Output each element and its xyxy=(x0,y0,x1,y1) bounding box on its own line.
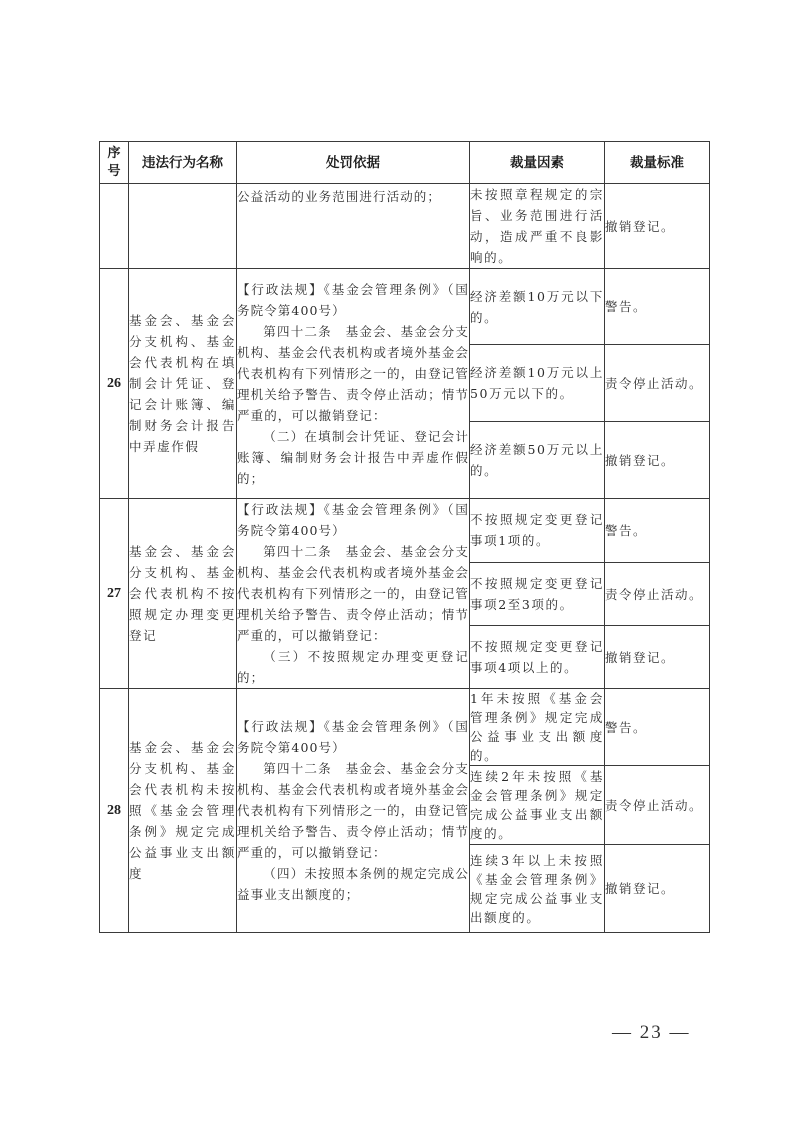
header-no: 序号 xyxy=(100,142,129,184)
table-row: 28 基金会、基金会分支机构、基金会代表机构未按照《基金会管理条例》规定完成公益… xyxy=(100,689,710,766)
header-factor: 裁量因素 xyxy=(470,142,605,184)
cell-no xyxy=(100,184,129,269)
cell-factor: 不按照规定变更登记事项1项的。 xyxy=(470,499,605,563)
cell-factor: 1年未按照《基金会管理条例》规定完成公益事业支出额度的。 xyxy=(470,689,605,766)
cell-standard: 撤销登记。 xyxy=(605,626,710,689)
cell-standard: 责令停止活动。 xyxy=(605,766,710,845)
cell-standard: 警告。 xyxy=(605,499,710,563)
page-number: — 23 — xyxy=(612,1022,691,1044)
cell-no: 27 xyxy=(100,499,129,689)
header-name: 违法行为名称 xyxy=(129,142,237,184)
cell-factor: 连续3年以上未按照《基金会管理条例》规定完成公益事业支出额度的。 xyxy=(470,845,605,933)
penalty-discretion-table: 序号 违法行为名称 处罚依据 裁量因素 裁量标准 公益活动的业务范围进行活动的；… xyxy=(99,141,710,933)
table-row: 26 基金会、基金会分支机构、基金会代表机构在填制会计凭证、登记会计账簿、编制财… xyxy=(100,269,710,345)
cell-basis: 公益活动的业务范围进行活动的； xyxy=(237,184,470,269)
cell-factor: 不按照规定变更登记事项4项以上的。 xyxy=(470,626,605,689)
cell-basis: 【行政法规】《基金会管理条例》（国务院令第400号） 第四十二条 基金会、基金会… xyxy=(237,269,470,499)
cell-factor: 不按照规定变更登记事项2至3项的。 xyxy=(470,562,605,626)
cell-factor: 经济差额50万元以上的。 xyxy=(470,422,605,499)
basis-item: （四）未按照本条例的规定完成公益事业支出额度的； xyxy=(237,863,469,905)
cell-standard: 撤销登记。 xyxy=(605,184,710,269)
cell-name: 基金会、基金会分支机构、基金会代表机构不按照规定办理变更登记 xyxy=(129,499,237,689)
basis-law: 【行政法规】《基金会管理条例》（国务院令第400号） xyxy=(237,279,469,321)
cell-name xyxy=(129,184,237,269)
cell-standard: 撤销登记。 xyxy=(605,422,710,499)
document-page: 序号 违法行为名称 处罚依据 裁量因素 裁量标准 公益活动的业务范围进行活动的；… xyxy=(0,0,800,1131)
basis-article: 第四十二条 基金会、基金会分支机构、基金会代表机构或者境外基金会代表机构有下列情… xyxy=(237,758,469,863)
table-header-row: 序号 违法行为名称 处罚依据 裁量因素 裁量标准 xyxy=(100,142,710,184)
header-standard: 裁量标准 xyxy=(605,142,710,184)
cell-name: 基金会、基金会分支机构、基金会代表机构未按照《基金会管理条例》规定完成公益事业支… xyxy=(129,689,237,933)
cell-basis: 【行政法规】《基金会管理条例》（国务院令第400号） 第四十二条 基金会、基金会… xyxy=(237,689,470,933)
cell-factor: 经济差额10万元以下的。 xyxy=(470,269,605,345)
basis-item: （三）不按照规定办理变更登记的； xyxy=(237,646,469,688)
cell-standard: 警告。 xyxy=(605,689,710,766)
cell-standard: 责令停止活动。 xyxy=(605,562,710,626)
basis-law: 【行政法规】《基金会管理条例》（国务院令第400号） xyxy=(237,716,469,758)
cell-standard: 责令停止活动。 xyxy=(605,345,710,422)
table-row: 27 基金会、基金会分支机构、基金会代表机构不按照规定办理变更登记 【行政法规】… xyxy=(100,499,710,563)
basis-law: 【行政法规】《基金会管理条例》（国务院令第400号） xyxy=(237,499,469,541)
cell-standard: 警告。 xyxy=(605,269,710,345)
basis-article: 第四十二条 基金会、基金会分支机构、基金会代表机构或者境外基金会代表机构有下列情… xyxy=(237,541,469,646)
table-row-continued: 公益活动的业务范围进行活动的； 未按照章程规定的宗旨、业务范围进行活动，造成严重… xyxy=(100,184,710,269)
cell-name: 基金会、基金会分支机构、基金会代表机构在填制会计凭证、登记会计账簿、编制财务会计… xyxy=(129,269,237,499)
cell-no: 28 xyxy=(100,689,129,933)
cell-factor: 连续2年未按照《基金会管理条例》规定完成公益事业支出额度的。 xyxy=(470,766,605,845)
basis-article: 第四十二条 基金会、基金会分支机构、基金会代表机构或者境外基金会代表机构有下列情… xyxy=(237,321,469,426)
cell-factor: 经济差额10万元以上50万元以下的。 xyxy=(470,345,605,422)
header-basis: 处罚依据 xyxy=(237,142,470,184)
cell-factor: 未按照章程规定的宗旨、业务范围进行活动，造成严重不良影响的。 xyxy=(470,184,605,269)
cell-standard: 撤销登记。 xyxy=(605,845,710,933)
cell-basis: 【行政法规】《基金会管理条例》（国务院令第400号） 第四十二条 基金会、基金会… xyxy=(237,499,470,689)
basis-item: （二）在填制会计凭证、登记会计账簿、编制财务会计报告中弄虚作假的； xyxy=(237,426,469,489)
cell-no: 26 xyxy=(100,269,129,499)
